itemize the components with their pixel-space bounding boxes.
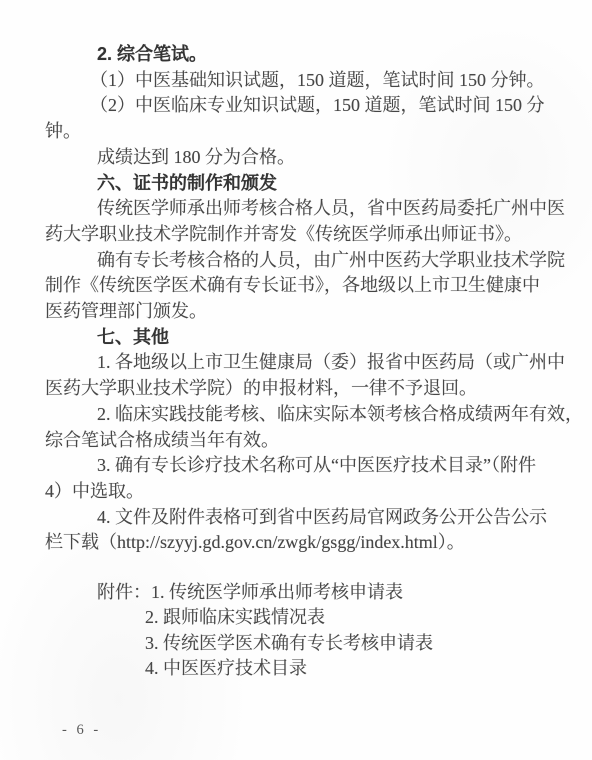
attachment-line: 3. 传统医学医术确有专长考核申请表	[45, 631, 433, 656]
text-line: 药大学职业技术学院制作并寄发《传统医学师承出师证书》。	[45, 222, 570, 248]
text-line: （1）中医基础知识试题，150 道题，笔试时间 150 分钟。	[45, 68, 570, 94]
text-line: 3. 确有专长诊疗技术名称可从“中医医疗技术目录”（附件	[45, 453, 570, 479]
attachment-line: 2. 跟师临床实践情况表	[45, 605, 433, 630]
text-line: 2. 临床实践技能考核、临床实际本领考核合格成绩两年有效，	[45, 402, 570, 428]
text-line: 4. 文件及附件表格可到省中医药局官网政务公开公告公示	[45, 505, 570, 531]
text-line: 栏下载（http://szyyj.gd.gov.cn/zwgk/gsgg/ind…	[45, 530, 570, 556]
text-line: 综合笔试合格成绩当年有效。	[45, 428, 570, 454]
scanned-document-page: 2. 综合笔试。（1）中医基础知识试题，150 道题，笔试时间 150 分钟。（…	[0, 0, 592, 760]
attachments-list: 附件：1. 传统医学师承出师考核申请表2. 跟师临床实践情况表3. 传统医学医术…	[45, 580, 433, 681]
text-line: 医药大学职业技术学院）的申报材料，一律不予退回。	[45, 376, 570, 402]
text-line: 传统医学师承出师考核合格人员，省中医药局委托广州中医	[45, 196, 570, 222]
text-line: 成绩达到 180 分为合格。	[45, 145, 570, 171]
text-line: 七、其他	[45, 325, 570, 351]
document-body-text: 2. 综合笔试。（1）中医基础知识试题，150 道题，笔试时间 150 分钟。（…	[45, 42, 570, 556]
text-line: （2）中医临床专业知识试题，150 道题，笔试时间 150 分	[45, 93, 570, 119]
text-line: 2. 综合笔试。	[45, 42, 570, 68]
text-line: 1. 各地级以上市卫生健康局（委）报省中医药局（或广州中	[45, 350, 570, 376]
page-number: - 6 -	[62, 722, 101, 739]
attachment-line: 4. 中医医疗技术目录	[45, 656, 433, 681]
text-line: 钟。	[45, 119, 570, 145]
text-line: 确有专长考核合格的人员，由广州中医药大学职业技术学院	[45, 248, 570, 274]
text-line: 医药管理部门颁发。	[45, 299, 570, 325]
text-line: 六、证书的制作和颁发	[45, 171, 570, 197]
attachment-line: 附件：1. 传统医学师承出师考核申请表	[45, 580, 433, 605]
text-line: 制作《传统医学医术确有专长证书》，各地级以上市卫生健康中	[45, 273, 570, 299]
text-line: 4）中选取。	[45, 479, 570, 505]
